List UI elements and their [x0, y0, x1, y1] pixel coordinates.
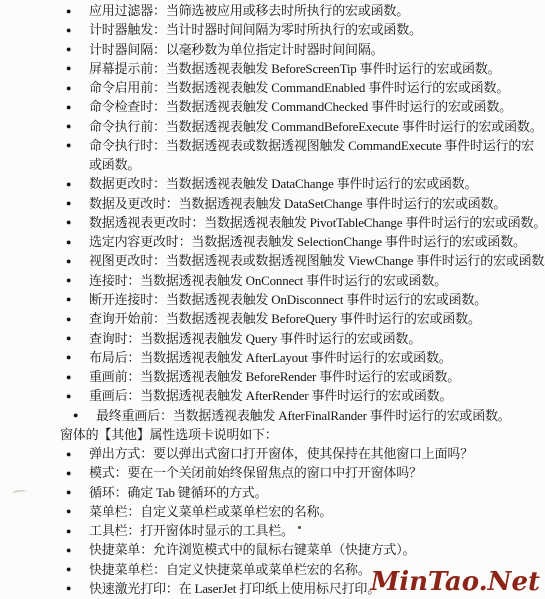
list-item: ●命令检查时：当数据透视表触发 CommandChecked 事件时运行的宏或函…	[0, 97, 545, 116]
list-item: ●计时器触发：当计时器时间间隔为零时所执行的宏或函数。	[0, 20, 545, 39]
item-label: 应用过滤器：	[89, 3, 166, 18]
item-text: 当数据透视表或数据透视图触发 ViewChange 事件时运行的宏或函数。	[166, 253, 545, 268]
list-item: ●数据更改时：当数据透视表触发 DataChange 事件时运行的宏或函数。	[0, 174, 545, 193]
scan-artifact-dot	[298, 526, 301, 529]
list-item: ●屏幕提示前：当数据透视表触发 BeforeScreenTip 事件时运行的宏或…	[0, 59, 545, 78]
bullet-icon: ●	[66, 579, 89, 598]
item-label: 查询时：	[89, 331, 140, 346]
item-label: 数据更改时：	[89, 176, 166, 191]
list-item: ●最终重画后：当数据透视表触发 AfterFinalRander 事件时运行的宏…	[0, 406, 545, 425]
item-label: 数据透视表更改时：	[89, 215, 204, 230]
list-item: ●弹出方式：要以弹出式窗口打开窗体，使其保持在其他窗口上面吗？	[0, 444, 545, 463]
item-label: 命令执行前：	[89, 119, 166, 134]
list-item-continuation: 或函数。	[0, 155, 545, 174]
bullet-icon: ●	[66, 175, 89, 194]
bullet-icon: ●	[66, 483, 89, 502]
item-label: 布局后：	[89, 350, 140, 365]
item-text: 当数据透视表触发 BeforeRender 事件时运行的宏或函数。	[140, 369, 460, 384]
bullet-icon: ●	[66, 290, 89, 309]
bullet-icon: ●	[73, 406, 96, 425]
list-item: ●模式：要在一个关闭前始终保留焦点的窗口中打开窗体吗？	[0, 463, 545, 482]
item-label: 选定内容更改时：	[89, 234, 191, 249]
item-label: 模式：	[89, 465, 127, 480]
list-item: ●数据及更改时：当数据透视表触发 DataSetChange 事件时运行的宏或函…	[0, 194, 545, 213]
watermark-text: MinTao.Net	[370, 567, 540, 597]
bullet-icon: ●	[66, 502, 89, 521]
bullet-icon: ●	[66, 79, 89, 98]
item-label: 断开连接时：	[89, 292, 166, 307]
bullet-icon: ●	[66, 445, 89, 464]
item-text: 当数据透视表触发 OnConnect 事件时运行的宏或函数。	[140, 273, 447, 288]
item-label: 数据及更改时：	[89, 196, 179, 211]
list-item: ●命令执行前：当数据透视表触发 CommandBeforeExecute 事件时…	[0, 117, 545, 136]
item-text: 以毫秒数为单位指定计时器时间间隔。	[166, 42, 384, 57]
list-item: ●计时器间隔：以毫秒数为单位指定计时器时间间隔。	[0, 40, 545, 59]
item-label: 计时器间隔：	[89, 42, 166, 57]
item-label: 快捷菜单栏：	[89, 562, 166, 577]
item-label: 查询开始前：	[89, 311, 166, 326]
list-item: ●视图更改时：当数据透视表或数据透视图触发 ViewChange 事件时运行的宏…	[0, 251, 545, 270]
item-label: 计时器触发：	[89, 22, 166, 37]
bullet-icon: ●	[66, 21, 89, 40]
bullet-icon: ●	[66, 40, 89, 59]
list-item: ●工具栏：打开窗体时显示的工具栏。	[0, 521, 545, 540]
item-label: 循环：	[89, 485, 127, 500]
item-text: 在 LaserJet 打印纸上使用标尺打印。	[179, 581, 380, 596]
item-text: 当筛选被应用或移去时所执行的宏或函数。	[166, 3, 409, 18]
bullet-icon: ●	[66, 252, 89, 271]
bullet-icon: ●	[66, 136, 89, 155]
item-label: 命令执行时：	[89, 138, 166, 153]
list-item: ●查询时：当数据透视表触发 Query 事件时运行的宏或函数。	[0, 329, 545, 348]
text-lines: ●应用过滤器：当筛选被应用或移去时所执行的宏或函数。●计时器触发：当计时器时间间…	[0, 1, 545, 598]
bullet-icon: ●	[66, 213, 89, 232]
item-label: 屏幕提示前：	[89, 61, 166, 76]
item-text: 当数据透视表触发 CommandEnabled 事件时运行的宏或函数。	[166, 80, 509, 95]
bullet-icon: ●	[66, 522, 89, 541]
item-text: 打开窗体时显示的工具栏。	[140, 523, 294, 538]
item-label: 工具栏：	[89, 523, 140, 538]
bullet-icon: ●	[66, 98, 89, 117]
item-label: 快捷菜单：	[89, 542, 153, 557]
list-item: ●命令执行时：当数据透视表或数据透视图触发 CommandExecute 事件时…	[0, 136, 545, 155]
item-label: 重画前：	[89, 369, 140, 384]
list-item: ●快捷菜单：允许浏览模式中的鼠标右键菜单（快捷方式）。	[0, 540, 545, 559]
bullet-icon: ●	[66, 59, 89, 78]
bullet-icon: ●	[66, 329, 89, 348]
list-item: ●断开连接时：当数据透视表触发 OnDisconnect 事件时运行的宏或函数。	[0, 290, 545, 309]
item-label: 视图更改时：	[89, 253, 166, 268]
bullet-icon: ●	[66, 310, 89, 329]
item-text: 当数据透视表触发 AfterLayout 事件时运行的宏或函数。	[140, 350, 451, 365]
item-text: 当数据透视表触发 BeforeQuery 事件时运行的宏或函数。	[166, 311, 481, 326]
item-label: 弹出方式：	[89, 446, 153, 461]
item-text: 当数据透视表触发 CommandBeforeExecute 事件时运行的宏或函数…	[166, 119, 543, 134]
item-text: 当数据透视表或数据透视图触发 CommandExecute 事件时运行的宏	[166, 138, 534, 153]
item-text: 当数据透视表触发 AfterFinalRander 事件时运行的宏或函数。	[173, 408, 511, 423]
item-label: 命令启用前：	[89, 80, 166, 95]
bullet-icon: ●	[66, 348, 89, 367]
bullet-icon: ●	[66, 271, 89, 290]
heading-line: 窗体的【其他】属性选项卡说明如下：	[0, 425, 545, 444]
list-item: ●命令启用前：当数据透视表触发 CommandEnabled 事件时运行的宏或函…	[0, 78, 545, 97]
list-item: ●布局后：当数据透视表触发 AfterLayout 事件时运行的宏或函数。	[0, 348, 545, 367]
item-label: 最终重画后：	[96, 408, 173, 423]
list-item: ●重画后：当数据透视表触发 AfterRender 事件时运行的宏或函数。	[0, 386, 545, 405]
item-text: 要在一个关闭前始终保留焦点的窗口中打开窗体吗？	[127, 465, 421, 480]
item-label: 命令检查时：	[89, 99, 166, 114]
list-item: ●菜单栏：自定义菜单栏或菜单栏宏的名称。	[0, 502, 545, 521]
item-label: 连接时：	[89, 273, 140, 288]
bullet-icon: ●	[66, 194, 89, 213]
bullet-icon: ●	[66, 233, 89, 252]
item-text: 当数据透视表触发 OnDisconnect 事件时运行的宏或函数。	[166, 292, 487, 307]
list-item: ●选定内容更改时：当数据透视表触发 SelectionChange 事件时运行的…	[0, 232, 545, 251]
list-item: ●数据透视表更改时：当数据透视表触发 PivotTableChange 事件时运…	[0, 213, 545, 232]
item-label: 菜单栏：	[89, 504, 140, 519]
item-text: 当数据透视表触发 DataSetChange 事件时运行的宏或函数。	[179, 196, 507, 211]
heading-text: 窗体的【其他】属性选项卡说明如下：	[60, 427, 278, 442]
item-text: 当数据透视表触发 AfterRender 事件时运行的宏或函数。	[140, 388, 452, 403]
bullet-icon: ●	[66, 541, 89, 560]
list-item: ●连接时：当数据透视表触发 OnConnect 事件时运行的宏或函数。	[0, 271, 545, 290]
item-text: 确定 Tab 键循环的方式。	[127, 485, 267, 500]
item-text: 当数据透视表触发 CommandChecked 事件时运行的宏或函数。	[166, 99, 512, 114]
item-label: 重画后：	[89, 388, 140, 403]
bullet-icon: ●	[66, 117, 89, 136]
item-label: 快速激光打印：	[89, 581, 179, 596]
item-text: 自定义菜单栏或菜单栏宏的名称。	[140, 504, 332, 519]
bullet-icon: ●	[66, 464, 89, 483]
item-text: 当数据透视表触发 Query 事件时运行的宏或函数。	[140, 331, 421, 346]
item-text-continued: 或函数。	[89, 157, 140, 172]
list-item: ●循环：确定 Tab 键循环的方式。	[0, 483, 545, 502]
item-text: 当数据透视表触发 DataChange 事件时运行的宏或函数。	[166, 176, 478, 191]
bullet-icon: ●	[66, 2, 89, 21]
item-text: 当计时器时间间隔为零时所执行的宏或函数。	[166, 22, 422, 37]
item-text: 当数据透视表触发 BeforeScreenTip 事件时运行的宏或函数。	[166, 61, 501, 76]
item-text: 允许浏览模式中的鼠标右键菜单（快捷方式）。	[153, 542, 415, 557]
item-text: 当数据透视表触发 SelectionChange 事件时运行的宏或函数。	[191, 234, 525, 249]
list-item: ●重画前：当数据透视表触发 BeforeRender 事件时运行的宏或函数。	[0, 367, 545, 386]
item-text: 当数据透视表触发 PivotTableChange 事件时运行的宏或函数。	[204, 215, 545, 230]
bullet-icon: ●	[66, 368, 89, 387]
item-text: 要以弹出式窗口打开窗体，使其保持在其他窗口上面吗？	[153, 446, 473, 461]
bullet-icon: ●	[66, 560, 89, 579]
list-item: ●查询开始前：当数据透视表触发 BeforeQuery 事件时运行的宏或函数。	[0, 309, 545, 328]
scanned-document-page: ●应用过滤器：当筛选被应用或移去时所执行的宏或函数。●计时器触发：当计时器时间间…	[0, 0, 545, 599]
item-text: 自定义快捷菜单或菜单栏宏的名称。	[166, 562, 371, 577]
list-item: ●应用过滤器：当筛选被应用或移去时所执行的宏或函数。	[0, 1, 545, 20]
bullet-icon: ●	[66, 387, 89, 406]
